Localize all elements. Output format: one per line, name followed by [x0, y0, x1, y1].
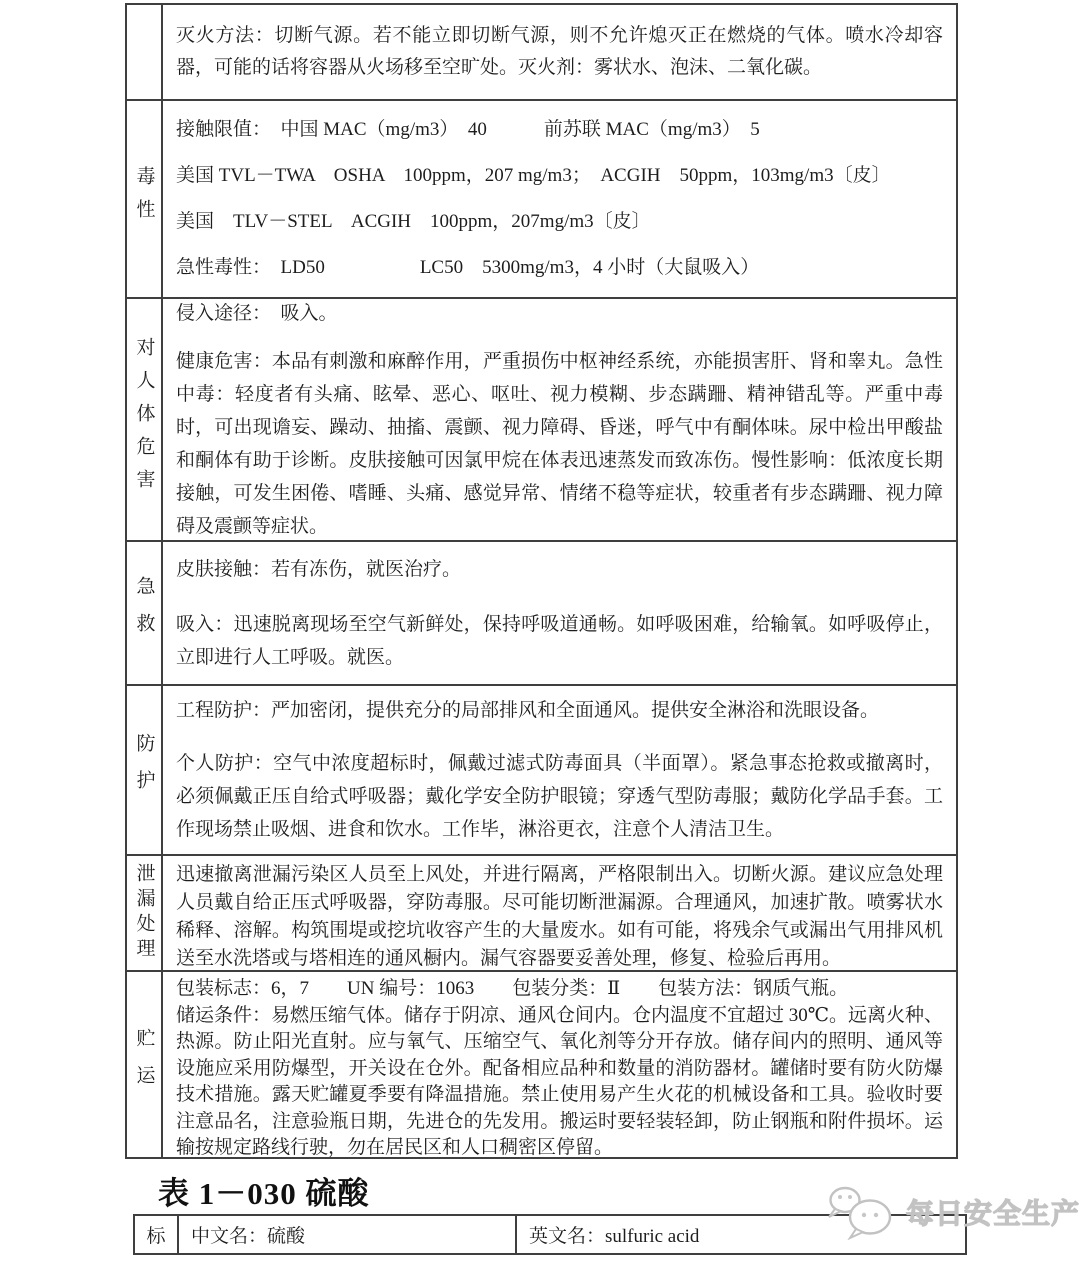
- row-content-cell: 灭火方法：切断气源。若不能立即切断气源，则不允许熄灭正在燃烧的气体。喷水冷却容器…: [163, 5, 956, 99]
- section-heading: 表 1－030 硫酸: [158, 1168, 370, 1213]
- row-header-label: 泄漏处理: [135, 863, 154, 963]
- row-header-label: 防护: [135, 733, 154, 807]
- row-header-cell: 急救: [127, 542, 163, 684]
- row-header-cell: 泄漏处理: [127, 856, 163, 970]
- row-content-cell: 接触限值： 中国 MAC（mg/m3） 40 前苏联 MAC（mg/m3） 5美…: [163, 101, 956, 297]
- row-paragraph: 个人防护：空气中浓度超标时，佩戴过滤式防毒面具（半面罩）。紧急事态抢救或撤离时，…: [176, 747, 943, 846]
- row-paragraph: 工程防护：严加密闭，提供充分的局部排风和全面通风。提供安全淋浴和洗眼设备。: [176, 694, 943, 727]
- row-paragraph: 美国 TLV－STEL ACGIH 100ppm，207mg/m3〔皮〕: [176, 210, 943, 234]
- sulfuric-acid-table: 标 中文名：硫酸 英文名：sulfuric acid: [133, 1214, 967, 1255]
- row-paragraph: 接触限值： 中国 MAC（mg/m3） 40 前苏联 MAC（mg/m3） 5: [176, 118, 943, 142]
- row-paragraph: 急性毒性： LD50 LC50 5300mg/m3，4 小时（大鼠吸入）: [176, 256, 943, 280]
- row-header-cell: 标: [135, 1216, 179, 1253]
- msds-row: 灭火方法：切断气源。若不能立即切断气源，则不允许熄灭正在燃烧的气体。喷水冷却容器…: [127, 5, 956, 99]
- msds-row: 贮运包装标志：6，7 UN 编号：1063 包装分类：Ⅱ 包装方法：钢质气瓶。储…: [127, 970, 956, 1157]
- row-header-cell: 防护: [127, 686, 163, 854]
- row-paragraph: 迅速撤离泄漏污染区人员至上风处，并进行隔离，严格限制出入。切断火源。建议应急处理…: [176, 861, 943, 970]
- msds-row: 防护工程防护：严加密闭，提供充分的局部排风和全面通风。提供安全淋浴和洗眼设备。个…: [127, 684, 956, 854]
- row-header-label: 毒性: [135, 166, 154, 232]
- row-header-cell: 毒性: [127, 101, 163, 297]
- row-header-label: 贮运: [135, 1028, 154, 1102]
- chinese-name-text: 中文名：硫酸: [191, 1221, 305, 1248]
- row-paragraph: 侵入途径： 吸入。: [176, 299, 943, 330]
- row-paragraph: 皮肤接触：若有冻伤，就医治疗。: [176, 553, 943, 586]
- row-paragraph: 包装标志：6，7 UN 编号：1063 包装分类：Ⅱ 包装方法：钢质气瓶。: [176, 976, 943, 1003]
- row-content-cell: 工程防护：严加密闭，提供充分的局部排风和全面通风。提供安全淋浴和洗眼设备。个人防…: [163, 686, 956, 854]
- row-content-cell: 皮肤接触：若有冻伤，就医治疗。吸入：迅速脱离现场至空气新鲜处，保持呼吸道通畅。如…: [163, 542, 956, 684]
- chinese-name-cell: 中文名：硫酸: [179, 1216, 517, 1253]
- msds-row: 泄漏处理迅速撤离泄漏污染区人员至上风处，并进行隔离，严格限制出入。切断火源。建议…: [127, 854, 956, 970]
- row-paragraph: 储运条件：易燃压缩气体。储存于阴凉、通风仓间内。仓内温度不宜超过 30℃。远离火…: [176, 1003, 943, 1158]
- english-name-cell: 英文名：sulfuric acid: [517, 1216, 965, 1253]
- row-header-label: 标: [146, 1221, 165, 1248]
- row-paragraph: 健康危害：本品有刺激和麻醉作用，严重损伤中枢神经系统，亦能损害肝、肾和睾丸。急性…: [176, 345, 943, 541]
- msds-row: 急救皮肤接触：若有冻伤，就医治疗。吸入：迅速脱离现场至空气新鲜处，保持呼吸道通畅…: [127, 540, 956, 684]
- row-paragraph: 美国 TVL－TWA OSHA 100ppm，207 mg/m3； ACGIH …: [176, 164, 943, 188]
- row-paragraph: 灭火方法：切断气源。若不能立即切断气源，则不允许熄灭正在燃烧的气体。喷水冷却容器…: [176, 20, 943, 84]
- english-name-text: 英文名：sulfuric acid: [529, 1221, 699, 1248]
- row-paragraph: 吸入：迅速脱离现场至空气新鲜处，保持呼吸道通畅。如呼吸困难，给输氧。如呼吸停止，…: [176, 608, 943, 674]
- document-page: 灭火方法：切断气源。若不能立即切断气源，则不允许熄灭正在燃烧的气体。喷水冷却容器…: [0, 0, 1080, 1262]
- row-content-cell: 侵入途径： 吸入。健康危害：本品有刺激和麻醉作用，严重损伤中枢神经系统，亦能损害…: [163, 299, 956, 540]
- row-header-cell: 贮运: [127, 972, 163, 1157]
- row-content-cell: 迅速撤离泄漏污染区人员至上风处，并进行隔离，严格限制出入。切断火源。建议应急处理…: [163, 856, 956, 970]
- msds-row: 对人体危害侵入途径： 吸入。健康危害：本品有刺激和麻醉作用，严重损伤中枢神经系统…: [127, 297, 956, 540]
- row-header-cell: [127, 5, 163, 99]
- msds-table: 灭火方法：切断气源。若不能立即切断气源，则不允许熄灭正在燃烧的气体。喷水冷却容器…: [125, 3, 958, 1159]
- row-header-label: 急救: [135, 576, 154, 650]
- row-content-cell: 包装标志：6，7 UN 编号：1063 包装分类：Ⅱ 包装方法：钢质气瓶。储运条…: [163, 972, 956, 1157]
- row-header-label: 对人体危害: [135, 337, 154, 502]
- row-header-cell: 对人体危害: [127, 299, 163, 540]
- msds-row: 毒性接触限值： 中国 MAC（mg/m3） 40 前苏联 MAC（mg/m3） …: [127, 99, 956, 297]
